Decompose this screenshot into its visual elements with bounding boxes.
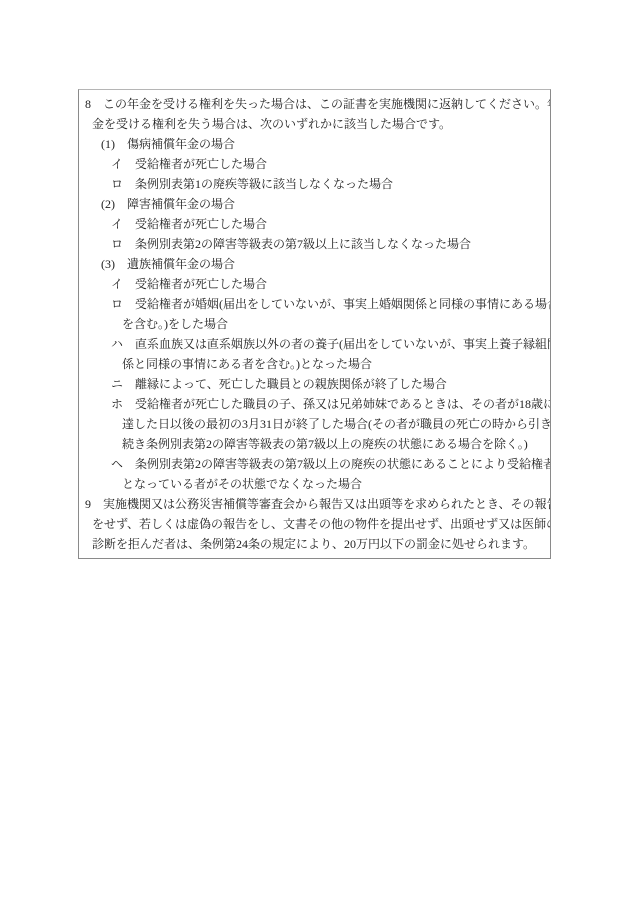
text-line: ロ 受給権者が婚姻(届出をしていないが、事実上婚姻関係と同様の事情にある場合: [79, 294, 550, 314]
text-line: 金を受ける権利を失う場合は、次のいずれかに該当した場合です。: [79, 114, 550, 134]
notice-box: 8 この年金を受ける権利を失った場合は、この証書を実施機関に返納してください。年…: [78, 89, 551, 559]
text-line: 係と同様の事情にある者を含む。)となった場合: [79, 354, 550, 374]
text-line: 8 この年金を受ける権利を失った場合は、この証書を実施機関に返納してください。年: [79, 94, 550, 114]
text-line: ヘ 条例別表第2の障害等級表の第7級以上の廃疾の状態にあることにより受給権者: [79, 454, 550, 474]
text-line: 達した日以後の最初の3月31日が終了した場合(その者が職員の死亡の時から引き: [79, 414, 550, 434]
text-line: をせず、若しくは虚偽の報告をし、文書その他の物件を提出せず、出頭せず又は医師の: [79, 514, 550, 534]
text-line: イ 受給権者が死亡した場合: [79, 214, 550, 234]
document-page: 8 この年金を受ける権利を失った場合は、この証書を実施機関に返納してください。年…: [0, 0, 630, 903]
text-line: (2) 障害補償年金の場合: [79, 194, 550, 214]
text-line: ハ 直系血族又は直系姻族以外の者の養子(届出をしていないが、事実上養子縁組関: [79, 334, 550, 354]
text-line: となっている者がその状態でなくなった場合: [79, 474, 550, 494]
text-line: ホ 受給権者が死亡した職員の子、孫又は兄弟姉妹であるときは、その者が18歳に: [79, 394, 550, 414]
text-line: 診断を拒んだ者は、条例第24条の規定により、20万円以下の罰金に処せられます。: [79, 534, 550, 554]
text-line: 9 実施機関又は公務災害補償等審査会から報告又は出頭等を求められたとき、その報告: [79, 494, 550, 514]
text-line: イ 受給権者が死亡した場合: [79, 154, 550, 174]
text-line: ロ 条例別表第2の障害等級表の第7級以上に該当しなくなった場合: [79, 234, 550, 254]
text-line: を含む。)をした場合: [79, 314, 550, 334]
text-line: 続き条例別表第2の障害等級表の第7級以上の廃疾の状態にある場合を除く。): [79, 434, 550, 454]
text-line: ロ 条例別表第1の廃疾等級に該当しなくなった場合: [79, 174, 550, 194]
text-line: イ 受給権者が死亡した場合: [79, 274, 550, 294]
text-line: (1) 傷病補償年金の場合: [79, 134, 550, 154]
text-line: ニ 離縁によって、死亡した職員との親族関係が終了した場合: [79, 374, 550, 394]
text-line: (3) 遺族補償年金の場合: [79, 254, 550, 274]
